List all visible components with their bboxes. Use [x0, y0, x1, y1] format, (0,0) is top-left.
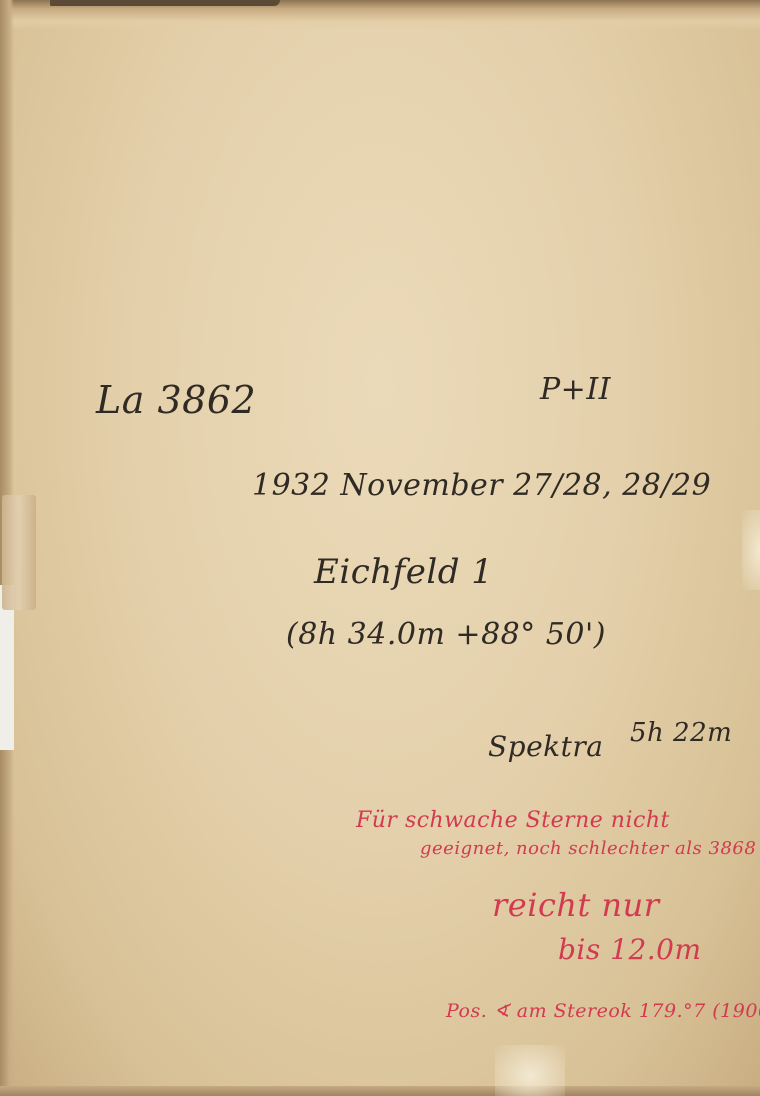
red-note-line3: reicht nur: [492, 886, 660, 924]
bottom-fold: [0, 1086, 760, 1096]
field-name: Eichfeld 1: [314, 552, 493, 592]
tape-strip: [2, 495, 36, 610]
spectra-time: 5h 22m: [630, 718, 732, 748]
coordinates: (8h 34.0m +88° 50'): [286, 617, 606, 652]
date-line: 1932 November 27/28, 28/29: [252, 468, 711, 503]
envelope-paper: [0, 0, 760, 1096]
plate-code: P+II: [540, 372, 611, 407]
spectra-label: Spektra: [488, 730, 603, 763]
position-angle-note: Pos. ∢ am Stereok 179.°7 (1900.0): [446, 1000, 760, 1022]
red-note-line4: bis 12.0m: [558, 933, 702, 966]
star-id: La 3862: [96, 378, 256, 422]
right-glare: [742, 510, 760, 590]
bottom-glare: [495, 1045, 565, 1096]
red-note-line2: geeignet, noch schlechter als 3868: [420, 838, 756, 859]
red-note-line1: Für schwache Sterne nicht: [356, 808, 670, 833]
top-fold-shadow: [50, 0, 280, 6]
